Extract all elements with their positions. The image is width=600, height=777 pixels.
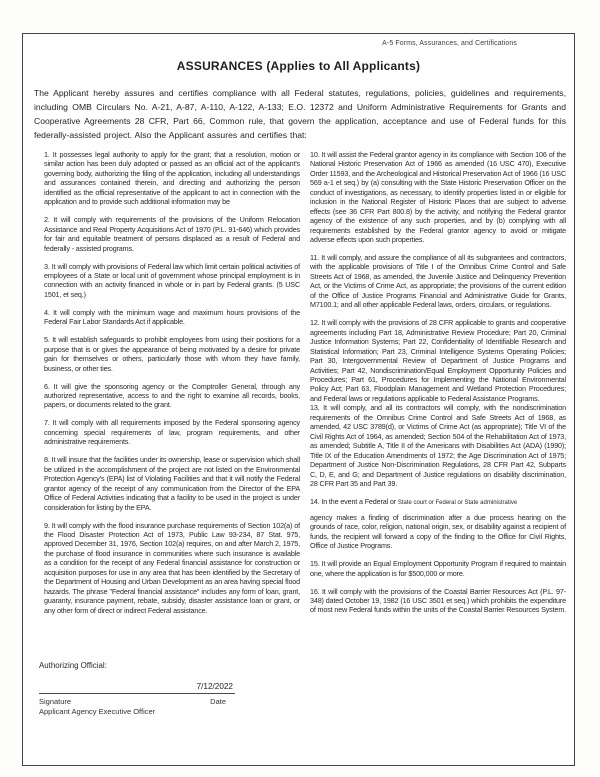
officer-title-label: Applicant Agency Executive Officer: [39, 707, 235, 716]
assurance-item-13: 13. It will comply, and all its contract…: [310, 403, 566, 488]
signature-labels: Signature Date: [39, 697, 235, 706]
right-column: 10. It will assist the Federal grantor a…: [310, 150, 566, 624]
assurance-item-3: 3. It will comply with provisions of Fed…: [44, 262, 300, 300]
signature-block: 7/12/2022 Signature Date Applicant Agenc…: [39, 682, 235, 716]
assurance-item-12: 12. It will comply with the provisions o…: [310, 318, 566, 403]
assurance-item-1: 1. It possesses legal authority to apply…: [44, 150, 300, 207]
assurance-item-5: 5. It will establish safeguards to prohi…: [44, 335, 300, 373]
assurance-item-14-small-text: State court or Federal or State administ…: [398, 500, 517, 506]
form-page: A-5 Forms, Assurances, and Certification…: [22, 33, 575, 766]
assurance-item-8: 8. It will insure that the facilities un…: [44, 455, 300, 512]
authorizing-official-label: Authorizing Official:: [39, 661, 107, 670]
assurance-item-15: 15. It will provide an Equal Employment …: [310, 559, 566, 578]
assurances-columns: 1. It possesses legal authority to apply…: [44, 150, 566, 624]
page-title: ASSURANCES (Applies to All Applicants): [23, 59, 574, 73]
assurance-item-9: 9. It will comply with the flood insuran…: [44, 521, 300, 616]
signature-label: Signature: [39, 697, 71, 706]
assurance-item-4: 4. It will comply with the minimum wage …: [44, 308, 300, 327]
left-column: 1. It possesses legal authority to apply…: [44, 150, 300, 624]
assurance-item-10: 10. It will assist the Federal grantor a…: [310, 150, 566, 245]
assurance-item-11: 11. It will comply, and assure the compl…: [310, 253, 566, 310]
assurance-item-16: 16. It will comply with the provisions o…: [310, 587, 566, 615]
assurance-item-7: 7. It will comply with all requirements …: [44, 418, 300, 446]
date-value: 7/12/2022: [39, 682, 235, 694]
intro-paragraph: The Applicant hereby assures and certifi…: [34, 86, 566, 142]
date-label: Date: [210, 697, 226, 706]
assurance-item-14-lead: 14. In the event a Federal or State cour…: [310, 497, 566, 508]
assurance-item-6: 6. It will give the sponsoring agency or…: [44, 382, 300, 410]
assurance-item-14-body: agency makes a finding of discrimination…: [310, 513, 566, 551]
assurance-item-2: 2. It will comply with requirements of t…: [44, 215, 300, 253]
page-header-label: A-5 Forms, Assurances, and Certification…: [382, 40, 517, 47]
